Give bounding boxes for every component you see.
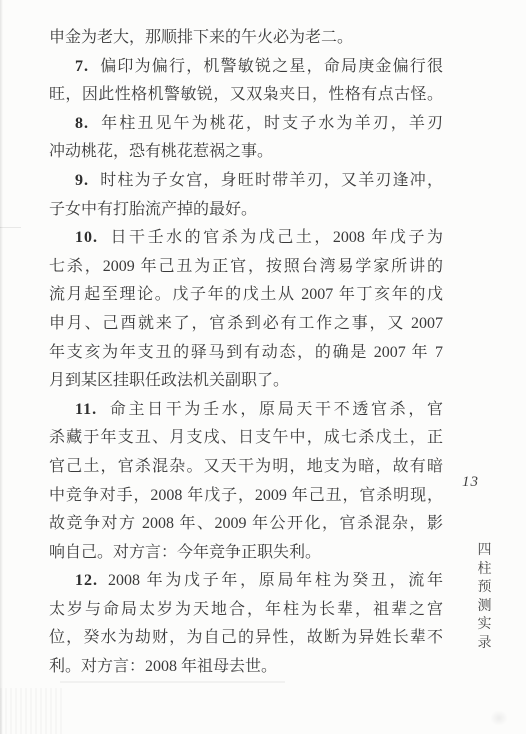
line-text: 故竞争对方 2008 年、2009 年公开化，官杀混杂，影 bbox=[49, 515, 443, 532]
text-line: 年支亥为年支丑的驿马到有动态，的确是 2007 年 7 bbox=[49, 339, 443, 368]
line-text: 位，癸水为劫财，为自己的异性，故断为异姓长辈不 bbox=[49, 629, 443, 646]
line-text: 响自己。对方言：今年竞争正职失利。 bbox=[49, 544, 321, 561]
line-text: 旺，因此性格机警敏锐，又双枭夹日，性格有点古怪。 bbox=[49, 86, 443, 103]
text-line: 12.2008 年为戊子年，原局年柱为癸丑，流年 bbox=[49, 567, 443, 596]
text-line: 利。对方言：2008 年祖母去世。 bbox=[49, 653, 443, 682]
item-number: 10. bbox=[75, 229, 98, 246]
body-text: 申金为老大，那顺排下来的午火必为老二。 7.偏印为偏行，机警敏锐之星，命局庚金偏… bbox=[49, 24, 443, 682]
side-title-char: 四 bbox=[477, 544, 492, 559]
scan-artifact-smudge bbox=[490, 710, 508, 726]
line-text: 申月、己酉就来了，官杀到必有工作之事，又 2007 bbox=[49, 315, 443, 332]
line-text: 利。对方言：2008 年祖母去世。 bbox=[49, 658, 277, 675]
item-number: 7. bbox=[75, 58, 89, 75]
line-text: 太岁与命局太岁为天地合，年柱为长辈，祖辈之宫 bbox=[49, 601, 443, 618]
text-line: 9.时柱为子女宫，身旺时带羊刃，又羊刃逢冲， bbox=[49, 167, 443, 196]
line-text: 中竞争对手，2008 年戊子，2009 年己丑，官杀明现， bbox=[49, 487, 443, 504]
line-text: 杀藏于年支丑、月支戌、日支午中，成七杀戊土，正 bbox=[49, 429, 443, 446]
side-title-char: 测 bbox=[477, 600, 492, 615]
text-line: 中竞争对手，2008 年戊子，2009 年己丑，官杀明现， bbox=[49, 482, 443, 511]
item-number: 9. bbox=[75, 172, 89, 189]
text-line: 申月、己酉就来了，官杀到必有工作之事，又 2007 bbox=[49, 310, 443, 339]
text-line: 8.年柱丑见午为桃花，时支子水为羊刃，羊刃 bbox=[49, 110, 443, 139]
line-text: 时柱为子女宫，身旺时带羊刃，又羊刃逢冲， bbox=[99, 172, 443, 189]
side-title-char: 预 bbox=[477, 581, 492, 596]
line-text: 七杀，2009 年己丑为正官，按照台湾易学家所讲的 bbox=[49, 258, 443, 275]
text-line: 七杀，2009 年己丑为正官，按照台湾易学家所讲的 bbox=[49, 253, 443, 282]
book-side-title: 四 柱 预 测 实 录 bbox=[477, 544, 492, 651]
text-line: 太岁与命局太岁为天地合，年柱为长辈，祖辈之宫 bbox=[49, 596, 443, 625]
line-text: 月到某区挂职任政法机关副职了。 bbox=[49, 372, 289, 389]
text-line: 位，癸水为劫财，为自己的异性，故断为异姓长辈不 bbox=[49, 624, 443, 653]
line-text: 年柱丑见午为桃花，时支子水为羊刃，羊刃 bbox=[99, 115, 443, 132]
line-text: 子女中有打胎流产掉的最好。 bbox=[49, 201, 257, 218]
text-line: 10.日干壬水的官杀为戊己土，2008 年戊子为 bbox=[49, 224, 443, 253]
text-line: 官己土，官杀混杂。又天干为明，地支为暗，故有暗 bbox=[49, 453, 443, 482]
side-title-char: 柱 bbox=[477, 563, 492, 578]
side-title-char: 录 bbox=[477, 637, 492, 652]
text-line: 月到某区挂职任政法机关副职了。 bbox=[49, 367, 443, 396]
scan-artifact-streak bbox=[60, 681, 285, 683]
text-line: 申金为老大，那顺排下来的午火必为老二。 bbox=[49, 24, 443, 53]
text-line: 响自己。对方言：今年竞争正职失利。 bbox=[49, 539, 443, 568]
scan-artifact-left-edge bbox=[0, 0, 3, 734]
text-line: 故竞争对方 2008 年、2009 年公开化，官杀混杂，影 bbox=[49, 510, 443, 539]
line-text: 命主日干为壬水，原局天干不透官杀，官 bbox=[107, 401, 443, 418]
line-text: 日干壬水的官杀为戊己土，2008 年戊子为 bbox=[108, 229, 443, 246]
line-text: 偏印为偏行，机警敏锐之星，命局庚金偏行很 bbox=[99, 58, 443, 75]
side-title-char: 实 bbox=[477, 618, 492, 633]
item-number: 12. bbox=[75, 572, 98, 589]
text-line: 旺，因此性格机警敏锐，又双枭夹日，性格有点古怪。 bbox=[49, 81, 443, 110]
scan-artifact-noise bbox=[0, 688, 62, 734]
line-text: 年支亥为年支丑的驿马到有动态，的确是 2007 年 7 bbox=[49, 344, 443, 361]
line-text: 官己土，官杀混杂。又天干为明，地支为暗，故有暗 bbox=[49, 458, 443, 475]
text-line: 杀藏于年支丑、月支戌、日支午中，成七杀戊土，正 bbox=[49, 424, 443, 453]
page-number: 13 bbox=[462, 474, 479, 491]
line-text: 冲动桃花，恐有桃花惹祸之事。 bbox=[49, 143, 273, 160]
item-number: 8. bbox=[75, 115, 89, 132]
text-line: 7.偏印为偏行，机警敏锐之星，命局庚金偏行很 bbox=[49, 53, 443, 82]
item-number: 11. bbox=[75, 401, 97, 418]
text-line: 冲动桃花，恐有桃花惹祸之事。 bbox=[49, 138, 443, 167]
text-line: 子女中有打胎流产掉的最好。 bbox=[49, 196, 443, 225]
line-text: 2008 年为戊子年，原局年柱为癸丑，流年 bbox=[108, 572, 443, 589]
book-page-scan: 申金为老大，那顺排下来的午火必为老二。 7.偏印为偏行，机警敏锐之星，命局庚金偏… bbox=[0, 0, 526, 734]
line-text: 流月起至理论。戊子年的戊土从 2007 年丁亥年的戊 bbox=[49, 286, 443, 303]
text-line: 11.命主日干为壬水，原局天干不透官杀，官 bbox=[49, 396, 443, 425]
line-text: 申金为老大，那顺排下来的午火必为老二。 bbox=[49, 29, 353, 46]
text-line: 流月起至理论。戊子年的戊土从 2007 年丁亥年的戊 bbox=[49, 281, 443, 310]
scan-artifact-mark bbox=[0, 227, 21, 228]
